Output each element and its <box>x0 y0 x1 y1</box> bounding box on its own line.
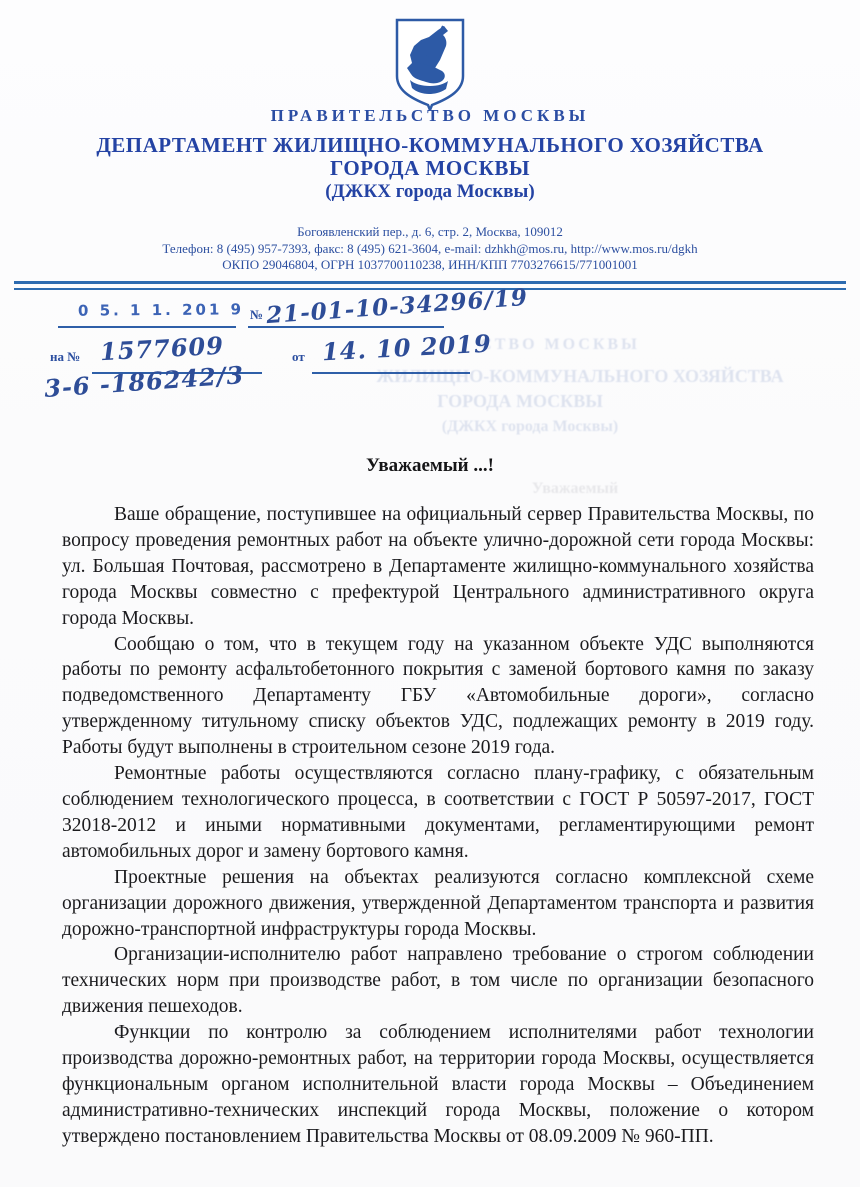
paragraph-6: Функции по контролю за соблюдением испол… <box>62 1020 814 1150</box>
paragraph-4: Проектные решения на объектах реализуютс… <box>62 865 814 943</box>
reply-number-handwritten: 1577609 <box>99 331 224 366</box>
department-line3: (ДЖКХ города Москвы) <box>0 180 860 203</box>
paragraph-3: Ремонтные работы осуществляются согласно… <box>62 761 814 865</box>
incoming-date-stamp: 0 5. 1 1. 201 9 <box>78 300 244 319</box>
reply-to-label: на № <box>50 349 80 365</box>
registration-line: ОКПО 29046804, ОГРН 1037700110238, ИНН/К… <box>0 257 860 274</box>
paragraph-5: Организации-исполнителю работ направлено… <box>62 942 814 1020</box>
reply-date-label: от <box>292 349 305 365</box>
stamp-underline <box>58 326 236 328</box>
department-name: ДЕПАРТАМЕНТ ЖИЛИЩНО-КОММУНАЛЬНОГО ХОЗЯЙС… <box>0 134 860 203</box>
reference-block: 0 5. 1 1. 201 9 № 21-01-10-34296/19 на №… <box>0 293 860 463</box>
scanned-letter-page: ПРАВИТЕЛЬСТВО МОСКВЫ ДЕПАРТАМЕНТ ЖИЛИЩНО… <box>0 0 860 1187</box>
phone-email-line: Телефон: 8 (495) 957-7393, факс: 8 (495)… <box>0 241 860 258</box>
case-number-handwritten: 3-6 -186242/3 <box>43 360 245 403</box>
outgoing-number-handwritten: 21-01-10-34296/19 <box>265 284 528 329</box>
outgoing-number-label: № <box>250 307 263 323</box>
government-title: ПРАВИТЕЛЬСТВО МОСКВЫ <box>0 106 860 126</box>
department-line2: ГОРОДА МОСКВЫ <box>0 157 860 180</box>
paragraph-1: Ваше обращение, поступившее на официальн… <box>62 502 814 632</box>
reply-date-handwritten: 14. 10 2019 <box>321 329 492 367</box>
letterhead-divider <box>14 281 846 290</box>
letter-body: Ваше обращение, поступившее на официальн… <box>62 502 814 1150</box>
address-line: Богоявленский пер., д. 6, стр. 2, Москва… <box>0 224 860 241</box>
moscow-coat-of-arms-icon <box>394 18 466 110</box>
paragraph-2: Сообщаю о том, что в текущем году на ука… <box>62 632 814 762</box>
salutation: Уважаемый ...! <box>0 455 860 477</box>
reply-date-underline <box>312 372 470 374</box>
department-line1: ДЕПАРТАМЕНТ ЖИЛИЩНО-КОММУНАЛЬНОГО ХОЗЯЙС… <box>0 134 860 157</box>
outgoing-number-underline <box>248 326 444 328</box>
letterhead-contacts: Богоявленский пер., д. 6, стр. 2, Москва… <box>0 224 860 274</box>
